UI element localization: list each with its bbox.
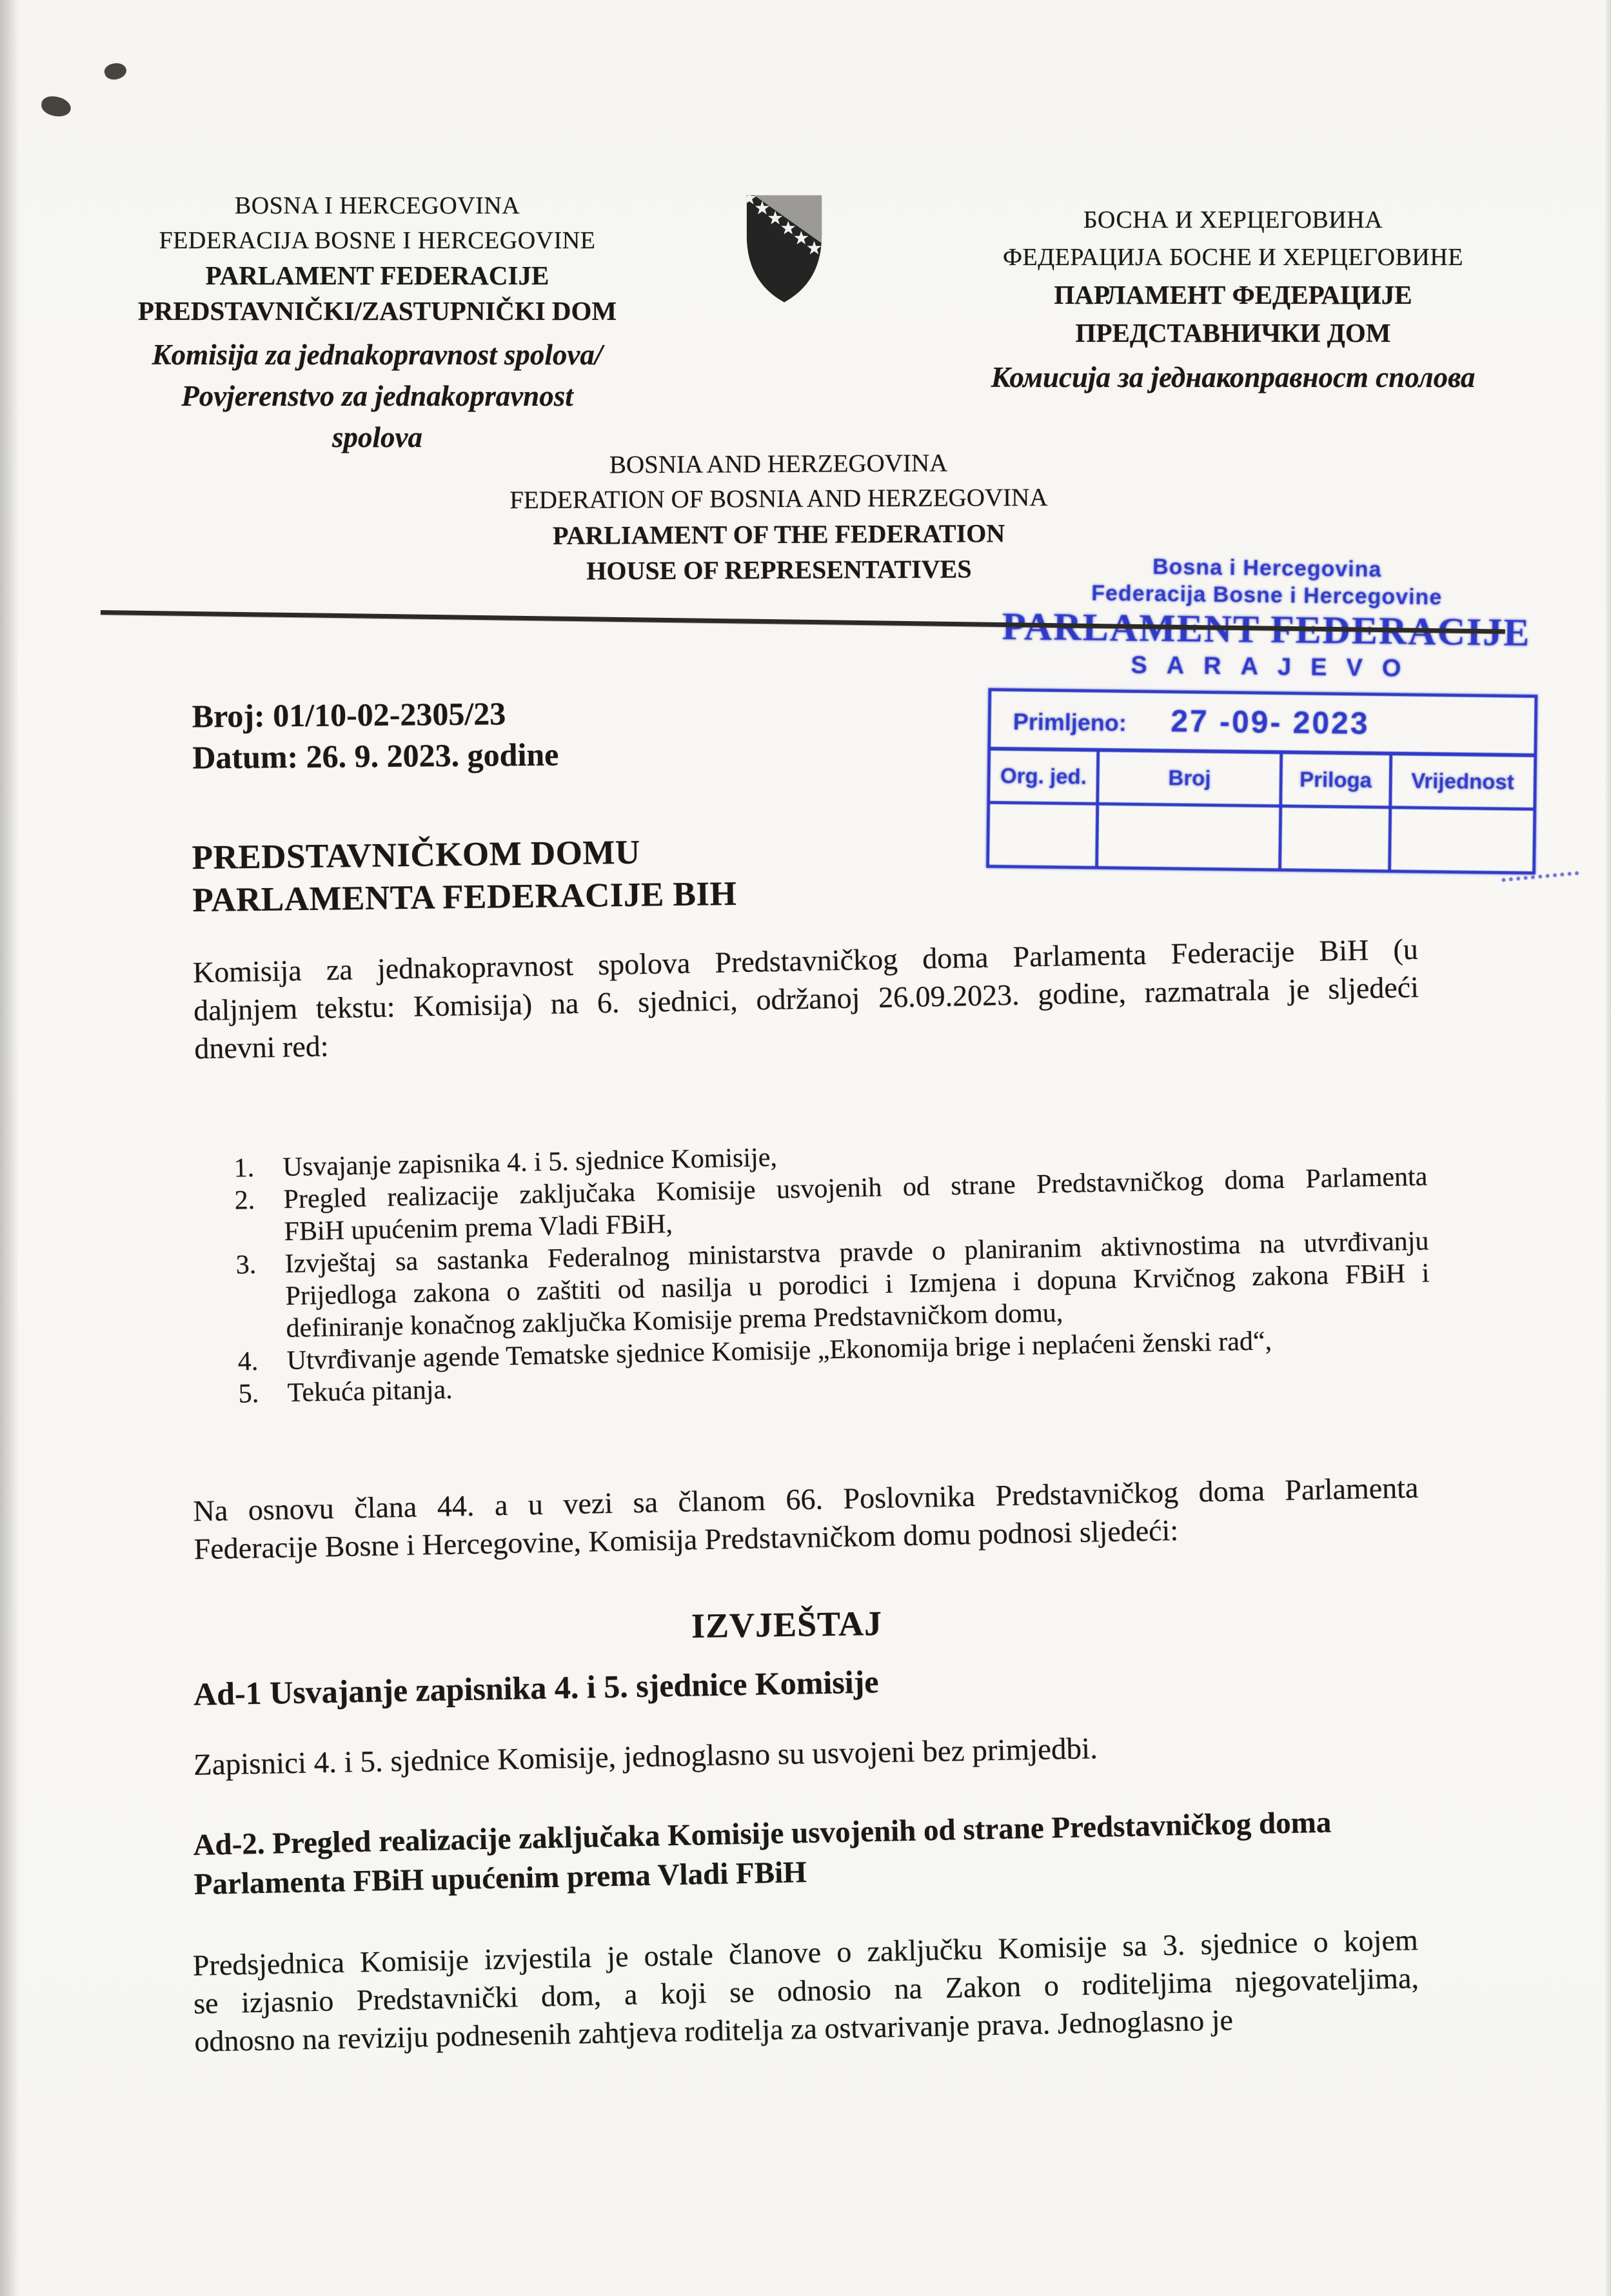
intro-paragraph: Komisija za jednakopravnost spolova Pred… bbox=[192, 930, 1419, 1067]
letterhead-line: PREDSTAVNIČKI/ZASTUPNIČKI DOM bbox=[106, 293, 648, 329]
scan-edge-shadow-right bbox=[1605, 0, 1611, 2296]
letterhead-line: ПРЕДСТАВНИЧКИ ДОМ bbox=[911, 314, 1556, 352]
stamp-empty-cell bbox=[988, 802, 1098, 867]
stamp-empty-cell bbox=[1280, 806, 1390, 871]
basis-paragraph: Na osnovu člana 44. a u vezi sa članom 6… bbox=[193, 1469, 1419, 1568]
reference-block: Broj: 01/10-02-2305/23 Datum: 26. 9. 202… bbox=[192, 693, 558, 778]
stamp-received-label: Primljeno: bbox=[1013, 708, 1127, 736]
letterhead-line: Povjerenstvo za jednakopravnost bbox=[106, 375, 648, 417]
stamp-col-header: Priloga bbox=[1281, 752, 1390, 807]
letterhead-line: BOSNIA AND HERZEGOVINA bbox=[422, 445, 1134, 484]
ink-mark bbox=[40, 95, 72, 118]
coat-of-arms-icon bbox=[727, 188, 841, 308]
letterhead-line: FEDERACIJA BOSNE I HERCEGOVINE bbox=[106, 223, 648, 258]
addressee-line: PARLAMENTA FEDERACIJE BIH bbox=[192, 873, 737, 922]
letterhead-line: PARLIAMENT OF THE FEDERATION bbox=[422, 515, 1135, 554]
agenda-list: 1. Usvajanje zapisnika 4. i 5. sjednice … bbox=[233, 1128, 1432, 1410]
letterhead-line: PARLAMENT FEDERACIJE bbox=[106, 258, 648, 293]
letterhead-line: Комисија за једнакоправност сполова bbox=[911, 356, 1556, 399]
agenda-item-number: 5. bbox=[238, 1377, 288, 1410]
reference-number: Broj: 01/10-02-2305/23 bbox=[192, 693, 558, 737]
letterhead-line: FEDERATION OF BOSNIA AND HERZEGOVINA bbox=[422, 480, 1135, 519]
report-title: IZVJEŠTAJ bbox=[174, 1596, 1400, 1654]
stamp-received-date: 27 -09- 2023 bbox=[1171, 704, 1370, 741]
ink-mark bbox=[103, 61, 128, 82]
addressee-line: PREDSTAVNIČKOM DOMU bbox=[192, 830, 736, 879]
letterhead-line: БОСНА И ХЕРЦЕГОВИНА bbox=[911, 201, 1556, 239]
ad1-heading: Ad-1 Usvajanje zapisnika 4. i 5. sjednic… bbox=[193, 1663, 879, 1712]
received-stamp: Bosna i Hercegovina Federacija Bosne i H… bbox=[986, 551, 1545, 875]
stamp-empty-cell bbox=[1097, 804, 1281, 869]
stamp-col-header: Org. jed. bbox=[989, 749, 1098, 804]
stamp-received-cell: Primljeno: 27 -09- 2023 bbox=[989, 689, 1536, 755]
letterhead-left: BOSNA I HERCEGOVINA FEDERACIJA BOSNE I H… bbox=[106, 188, 648, 458]
stamp-col-header: Vrijednost bbox=[1390, 753, 1535, 809]
letterhead-line: ПАРЛАМЕНТ ФЕДЕРАЦИЈЕ bbox=[911, 276, 1556, 314]
agenda-item-number: 2. bbox=[234, 1183, 284, 1217]
reference-date: Datum: 26. 9. 2023. godine bbox=[192, 734, 559, 778]
agenda-item-number: 3. bbox=[235, 1248, 285, 1282]
stamp-table: Primljeno: 27 -09- 2023 Org. jed. Broj P… bbox=[986, 688, 1537, 875]
agenda-item-number: 4. bbox=[237, 1345, 287, 1378]
addressee-block: PREDSTAVNIČKOM DOMU PARLAMENTA FEDERACIJ… bbox=[192, 830, 736, 922]
letterhead-line: ФЕДЕРАЦИЈА БОСНЕ И ХЕРЦЕГОВИНЕ bbox=[911, 239, 1556, 276]
agenda-item-number: 1. bbox=[233, 1151, 283, 1185]
letterhead-line: BOSNA I HERCEGOVINA bbox=[106, 188, 648, 223]
scan-edge-shadow-left bbox=[0, 0, 19, 2296]
ad2-body: Predsjednica Komisije izvjestila je osta… bbox=[192, 1921, 1419, 2061]
scanned-document-page: BOSNA I HERCEGOVINA FEDERACIJA BOSNE I H… bbox=[0, 0, 1611, 2296]
stamp-col-header: Broj bbox=[1098, 750, 1281, 806]
letterhead-right: БОСНА И ХЕРЦЕГОВИНА ФЕДЕРАЦИЈА БОСНЕ И Х… bbox=[911, 201, 1556, 399]
letterhead-line: Komisija za jednakopravnost spolova/ bbox=[106, 334, 648, 375]
ad1-body: Zapisnici 4. i 5. sjednice Komisije, jed… bbox=[193, 1731, 1098, 1783]
ad2-heading: Ad-2. Pregled realizacije zaključaka Kom… bbox=[193, 1801, 1419, 1905]
